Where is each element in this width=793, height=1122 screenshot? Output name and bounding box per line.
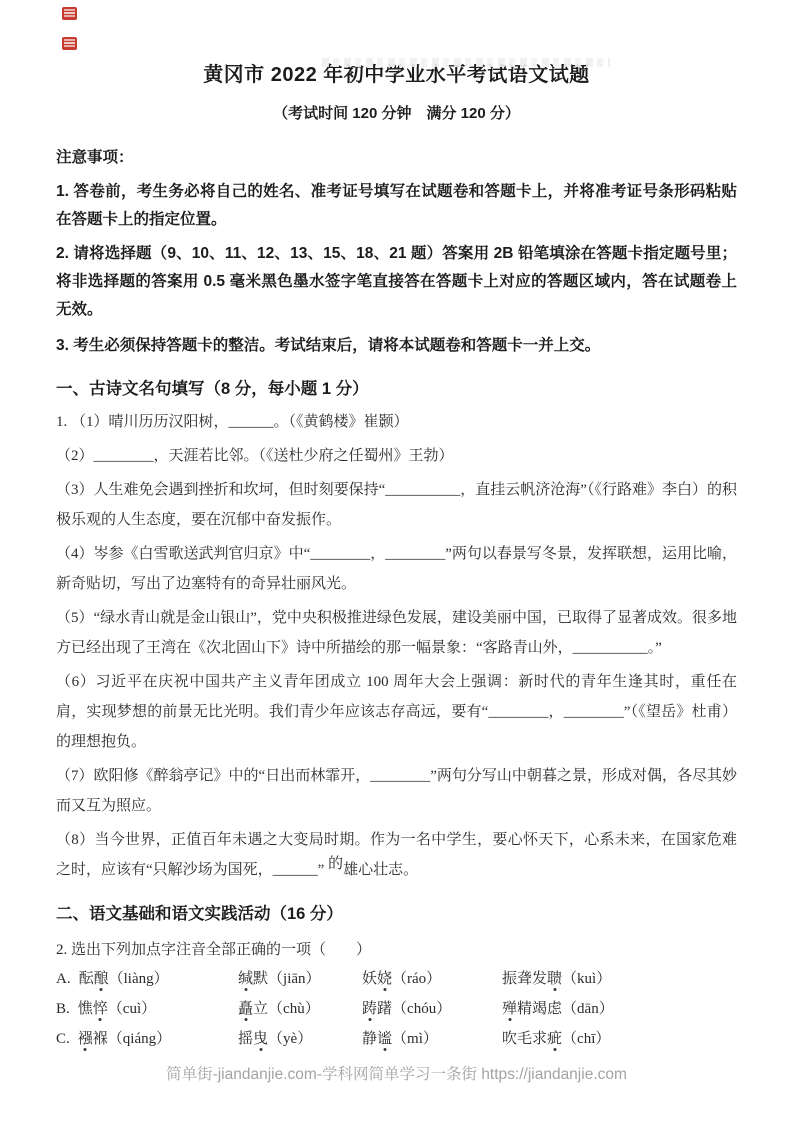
pinyin-text: （cuì） — [108, 1001, 156, 1017]
word-text: 默 — [253, 971, 268, 987]
pinyin-text: （mì） — [392, 1031, 438, 1047]
question-2-option-c: C.襁褓（qiáng） 摇曳（yè） 静谧（mì） 吹毛求疵（chī） — [56, 1025, 737, 1054]
question-1-blank-8: （8）当今世界，正值百年未遇之大变局时期。作为一名中学生，要心怀天下，心系未来，… — [56, 825, 737, 885]
pinyin-text: （liàng） — [109, 971, 169, 987]
question-1-blank-8-raised-char: 的 — [328, 856, 343, 872]
exam-time-score-subtitle: （考试时间 120 分钟 满分 120 分） — [56, 103, 737, 125]
option-b-cell-3: 踌躇（chóu） — [362, 995, 502, 1024]
pinyin-text: （jiān） — [268, 971, 321, 987]
question-2-option-a: A.酝酿（liàng） 缄默（jiān） 妖娆（ráo） 振聋发聩（kuì） — [56, 965, 737, 994]
option-a-cell-4: 振聋发聩（kuì） — [502, 965, 737, 994]
dotted-char: 矗 — [238, 1001, 253, 1017]
word-text: 吹毛求 — [502, 1031, 547, 1047]
question-1-blank-6: （6）习近平在庆祝中国共产主义青年团成立 100 周年大会上强调：新时代的青年生… — [56, 667, 737, 757]
word-text: 憔 — [78, 1001, 93, 1017]
dotted-char: 曳 — [253, 1031, 268, 1047]
question-1-blank-2: （2）________，天涯若比邻。（《送杜少府之任蜀州》王勃） — [56, 441, 737, 471]
red-stamp-icon-1 — [62, 7, 77, 20]
option-a-cell-3: 妖娆（ráo） — [362, 965, 502, 994]
option-a-cell-2: 缄默（jiān） — [238, 965, 362, 994]
option-c-cell-2: 摇曳（yè） — [238, 1025, 362, 1054]
word-text: 褓 — [93, 1031, 108, 1047]
question-1-blank-1: 1. （1）晴川历历汉阳树，______。（《黄鹤楼》崔颢） — [56, 407, 737, 437]
exam-paper-page: 黄冈市 2022 年初中学业水平考试语文试题 （考试时间 120 分钟 满分 1… — [0, 0, 793, 1122]
faint-watermark-artifact — [322, 58, 610, 67]
option-a-cell-1: A.酝酿（liàng） — [56, 965, 238, 994]
option-c-cell-4: 吹毛求疵（chī） — [502, 1025, 737, 1054]
pinyin-text: （kuì） — [562, 971, 611, 987]
word-text: 精竭虑 — [517, 1001, 562, 1017]
question-2-stem: 2. 选出下列加点字注音全部正确的一项（ ） — [56, 936, 737, 964]
question-1-blank-4: （4）岑参《白雪歌送武判官归京》中“________，________”两句以春… — [56, 539, 737, 599]
option-a-label: A. — [56, 971, 71, 987]
word-text: 躇 — [377, 1001, 392, 1017]
pinyin-text: （chī） — [562, 1031, 610, 1047]
dotted-char: 谧 — [377, 1031, 392, 1047]
question-2-option-b: B.憔悴（cuì） 矗立（chù） 踌躇（chóu） 殚精竭虑（dān） — [56, 995, 737, 1024]
pinyin-text: （chóu） — [392, 1001, 451, 1017]
option-b-label: B. — [56, 1001, 70, 1017]
word-text: 振聋发 — [502, 971, 547, 987]
option-c-cell-1: C.襁褓（qiáng） — [56, 1025, 238, 1054]
word-text: 酝 — [79, 971, 94, 987]
option-c-cell-3: 静谧（mì） — [362, 1025, 502, 1054]
pinyin-text: （chù） — [268, 1001, 320, 1017]
option-b-cell-1: B.憔悴（cuì） — [56, 995, 238, 1024]
site-watermark-footer: 简单街-jiandanjie.com-学科网简单学习一条街 https://ji… — [0, 1064, 793, 1086]
dotted-char: 疵 — [547, 1031, 562, 1047]
pinyin-text: （yè） — [268, 1031, 312, 1047]
pinyin-text: （dān） — [562, 1001, 614, 1017]
pinyin-text: （ráo） — [392, 971, 441, 987]
option-b-cell-4: 殚精竭虑（dān） — [502, 995, 737, 1024]
question-1-blank-7: （7）欧阳修《醉翁亭记》中的“日出而林霏开，________”两句分写山中朝暮之… — [56, 761, 737, 821]
question-1-blank-5: （5）“绿水青山就是金山银山”，党中央积极推进绿色发展，建设美丽中国，已取得了显… — [56, 603, 737, 663]
dotted-char: 踌 — [362, 1001, 377, 1017]
word-text: 妖 — [362, 971, 377, 987]
notice-item-1: 1. 答卷前，考生务必将自己的姓名、准考证号填写在试题卷和答题卡上，并将准考证号… — [56, 178, 737, 234]
question-1-blank-8-tail: 雄心壮志。 — [343, 862, 418, 878]
dotted-char: 悴 — [93, 1001, 108, 1017]
pinyin-text: （qiáng） — [108, 1031, 171, 1047]
red-stamp-icon-2 — [62, 37, 77, 50]
dotted-char: 娆 — [377, 971, 392, 987]
dotted-char: 缄 — [238, 971, 253, 987]
word-text: 摇 — [238, 1031, 253, 1047]
dotted-char: 酿 — [94, 971, 109, 987]
word-text: 立 — [253, 1001, 268, 1017]
word-text: 静 — [362, 1031, 377, 1047]
notice-item-3: 3. 考生必须保持答题卡的整洁。考试结束后，请将本试题卷和答题卡一并上交。 — [56, 332, 737, 360]
option-c-label: C. — [56, 1031, 70, 1047]
document-body: 黄冈市 2022 年初中学业水平考试语文试题 （考试时间 120 分钟 满分 1… — [0, 60, 793, 1054]
dotted-char: 殚 — [502, 1001, 517, 1017]
notice-item-2: 2. 请将选择题（9、10、11、12、13、15、18、21 题）答案用 2B… — [56, 240, 737, 324]
section-two-heading: 二、语文基础和语文实践活动（16 分） — [56, 900, 737, 928]
notice-heading: 注意事项： — [56, 146, 737, 170]
question-1-blank-3: （3）人生难免会遇到挫折和坎坷，但时刻要保持“__________，直挂云帆济沧… — [56, 475, 737, 535]
dotted-char: 襁 — [78, 1031, 93, 1047]
option-b-cell-2: 矗立（chù） — [238, 995, 362, 1024]
dotted-char: 聩 — [547, 971, 562, 987]
section-one-heading: 一、古诗文名句填写（8 分，每小题 1 分） — [56, 375, 737, 403]
